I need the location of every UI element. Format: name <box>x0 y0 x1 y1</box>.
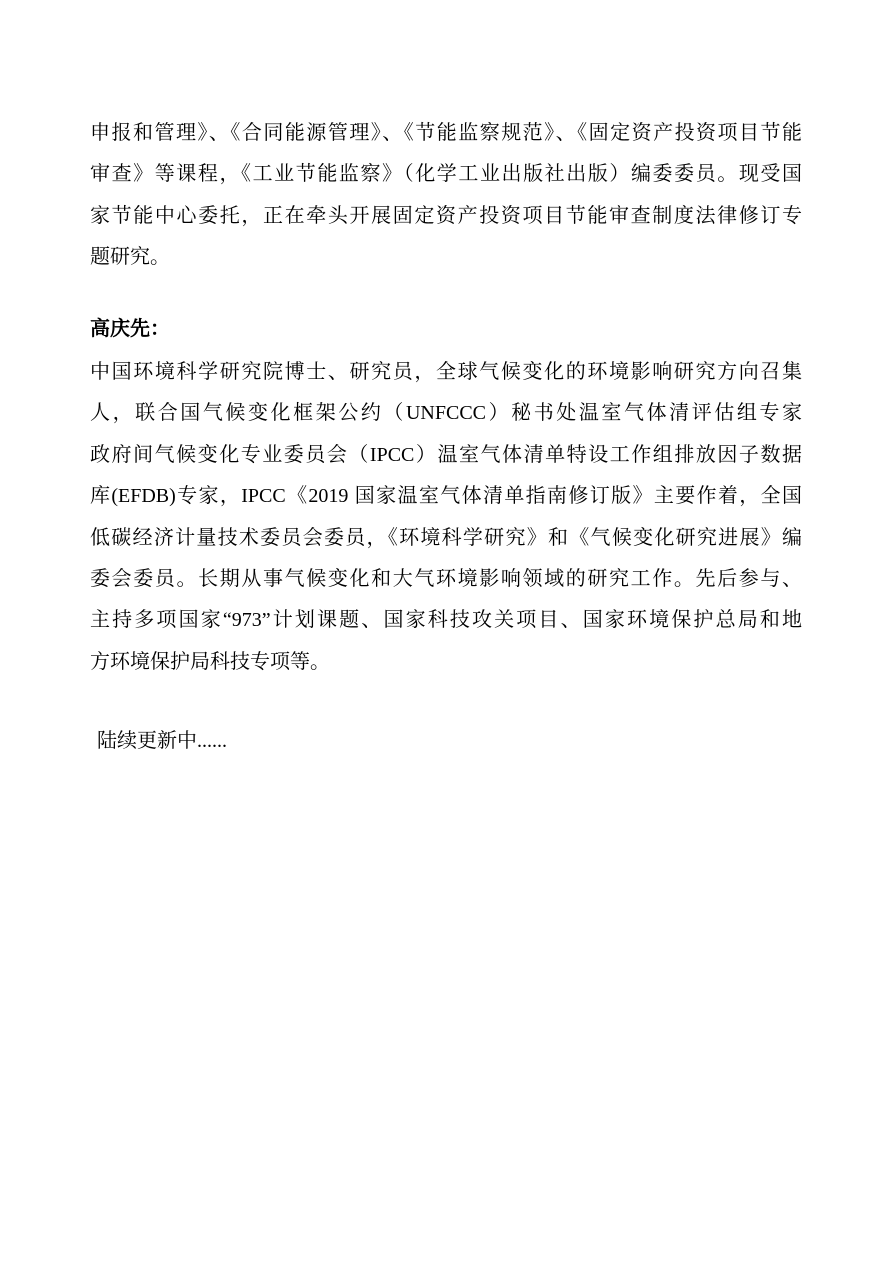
text-line: 题研究。 <box>90 237 802 278</box>
text-line: 委会委员。长期从事气候变化和大气环境影响领域的研究工作。先后参与、 <box>90 559 802 600</box>
text-line: 库(EFDB)专家，IPCC《2019 国家温室气体清单指南修订版》主要作着，全… <box>90 476 802 517</box>
section-heading-gao-qingxian: 高庆先： <box>90 309 802 350</box>
text-line: 中国环境科学研究院博士、研究员，全球气候变化的环境影响研究方向召集 <box>90 352 802 393</box>
paragraph-gao-qingxian-bio: 中国环境科学研究院博士、研究员，全球气候变化的环境影响研究方向召集 人，联合国气… <box>90 352 802 683</box>
text-line: 低碳经济计量技术委员会委员，《环境科学研究》和《气候变化研究进展》编 <box>90 518 802 559</box>
update-note: 陆续更新中...... <box>90 721 809 762</box>
text-line: 政府间气候变化专业委员会（IPCC）温室气体清单特设工作组排放因子数据 <box>90 435 802 476</box>
paragraph-previous-bio: 申报和管理》、《合同能源管理》、《节能监察规范》、《固定资产投资项目节能 审查》… <box>90 113 802 279</box>
text-line: 家节能中心委托，正在牵头开展固定资产投资项目节能审查制度法律修订专 <box>90 196 802 237</box>
text-line: 人，联合国气候变化框架公约（UNFCCC）秘书处温室气体清评估组专家（ERT）， <box>90 393 802 434</box>
document-page: 申报和管理》、《合同能源管理》、《节能监察规范》、《固定资产投资项目节能 审查》… <box>0 0 892 1262</box>
text-line: 方环境保护局科技专项等。 <box>90 642 802 683</box>
text-line: 审查》等课程，《工业节能监察》（化学工业出版社出版）编委委员。现受国 <box>90 154 802 195</box>
text-line: 申报和管理》、《合同能源管理》、《节能监察规范》、《固定资产投资项目节能 <box>90 113 802 154</box>
text-line: 主持多项国家“973”计划课题、国家科技攻关项目、国家环境保护总局和地 <box>90 600 802 641</box>
